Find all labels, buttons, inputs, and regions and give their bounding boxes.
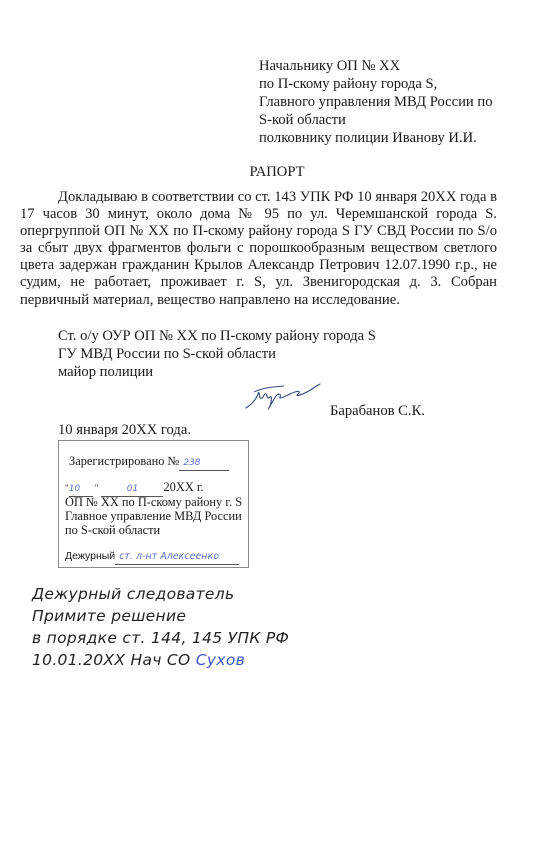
- signature-icon: [242, 378, 322, 414]
- resolution-date-position: 10.01.20XX Нач СО: [32, 651, 191, 669]
- registration-number-field: 238: [179, 454, 229, 471]
- addressee-line: Главного управления МВД России по: [259, 93, 529, 111]
- duty-officer-label: Дежурный: [65, 550, 115, 562]
- addressee-line: Начальнику ОП № XX: [259, 57, 529, 75]
- registration-org-line: Главное управление МВД России: [65, 509, 242, 523]
- author-block: Ст. о/у ОУР ОП № XX по П-скому району го…: [58, 327, 376, 381]
- resolution-line: 10.01.20XX Нач СО Сухов: [32, 649, 289, 671]
- duty-officer-row: Дежурныйст. л-нт Алексеенко: [65, 546, 239, 565]
- registration-day: 10: [69, 484, 80, 494]
- author-position-line: Ст. о/у ОУР ОП № XX по П-скому району го…: [58, 327, 376, 345]
- registration-label: Зарегистрировано №: [69, 454, 179, 468]
- report-body: Докладываю в соответствии со ст. 143 УПК…: [20, 189, 497, 309]
- registration-month: 01: [127, 484, 138, 494]
- report-date: 10 января 20XX года.: [58, 421, 191, 439]
- signer-name: Барабанов С.К.: [330, 402, 425, 420]
- addressee-block: Начальнику ОП № XX по П-скому району гор…: [259, 57, 529, 147]
- addressee-line: по П-скому району города S,: [259, 75, 529, 93]
- resolution-line: в порядке ст. 144, 145 УПК РФ: [32, 627, 289, 649]
- resolution-line: Примите решение: [32, 605, 289, 627]
- registration-number: 238: [183, 458, 200, 468]
- author-department-line: ГУ МВД России по S-ской области: [58, 345, 376, 363]
- duty-officer-name: ст. л-нт Алексеенко: [119, 551, 219, 562]
- author-rank-line: майор полиции: [58, 363, 376, 381]
- registration-org-line: ОП № XX по П-скому району г. S: [65, 495, 242, 509]
- registration-stamp: Зарегистрировано №238 "10" 0120XX г. ОП …: [58, 440, 249, 568]
- registration-org-line: по S-ской области: [65, 523, 160, 537]
- registration-number-row: Зарегистрировано №238: [69, 454, 229, 471]
- addressee-line: полковнику полиции Иванову И.И.: [259, 129, 529, 147]
- resolution-line: Дежурный следователь: [32, 583, 289, 605]
- registration-year: 20XX г.: [163, 480, 203, 494]
- resolution-block: Дежурный следователь Примите решение в п…: [32, 583, 289, 671]
- document-title: РАПОРТ: [0, 163, 538, 181]
- resolution-signer: Сухов: [196, 651, 245, 669]
- addressee-line: S-кой области: [259, 111, 529, 129]
